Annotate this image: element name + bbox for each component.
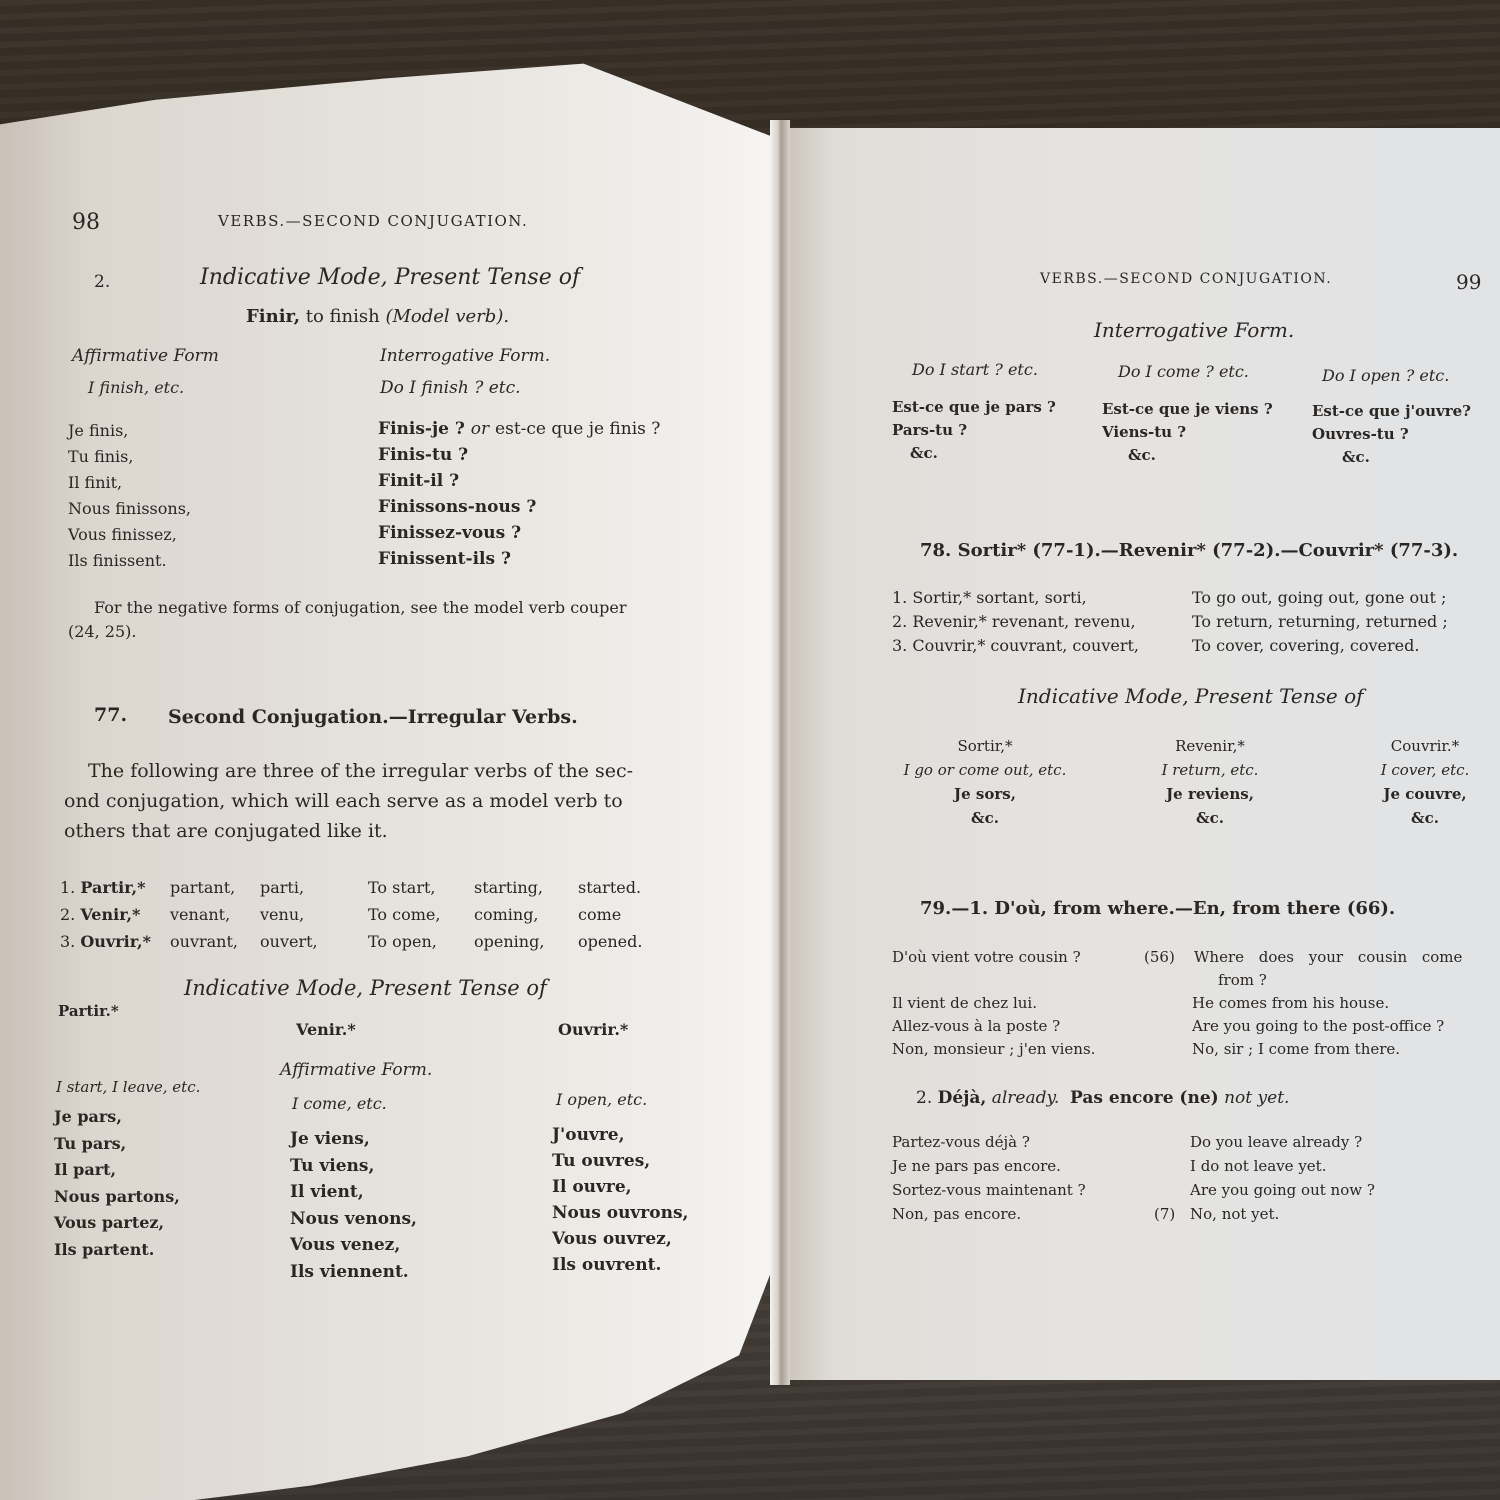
gloss-come: Do I come ? etc. bbox=[1118, 364, 1249, 380]
interrogative-venir: Est-ce que je viens ? Viens-tu ? &c. bbox=[1102, 398, 1273, 467]
gloss-ouvrir: I open, etc. bbox=[556, 1092, 647, 1108]
affirmative-gloss: I finish, etc. bbox=[88, 380, 184, 396]
partir-conjugation: Je pars, Tu pars, Il part, Nous partons,… bbox=[54, 1104, 180, 1263]
verb-gloss: to finish bbox=[306, 306, 380, 327]
interrogative-partir: Est-ce que je pars ? Pars-tu ? &c. bbox=[892, 396, 1056, 465]
interrogative-label: Interrogative Form. bbox=[1094, 320, 1294, 340]
negative-forms-note-ref: (24, 25). bbox=[68, 624, 136, 640]
section-79-examples: D'où vient votre cousin ?(56)Where does … bbox=[892, 946, 1462, 1061]
section-title-77: Second Conjugation.—Irregular Verbs. bbox=[168, 708, 578, 727]
subsection-number: 2. bbox=[94, 274, 110, 291]
tense-heading-78: Indicative Mode, Present Tense of bbox=[1018, 686, 1364, 706]
table-row-continuation: from ? bbox=[892, 969, 1462, 992]
sortir-column: Sortir,* I go or come out, etc. Je sors,… bbox=[890, 734, 1080, 830]
table-row: Sortez-vous maintenant ?Are you going ou… bbox=[892, 1178, 1375, 1202]
irregular-verbs-table: 1. Partir,* partant, parti, To start, st… bbox=[60, 874, 642, 955]
conjugation-line: Tu finis, bbox=[68, 444, 191, 470]
conjugation-line: Finissent-ils ? bbox=[378, 546, 660, 572]
tense-heading-77: Indicative Mode, Present Tense of bbox=[184, 978, 547, 999]
verb-finir: Finir, bbox=[246, 306, 300, 327]
gloss-partir: I start, I leave, etc. bbox=[56, 1080, 200, 1095]
conjugation-line: Finis-tu ? bbox=[378, 442, 660, 468]
affirmative-label-77: Affirmative Form. bbox=[280, 1062, 432, 1079]
table-row: 2. Venir,* venant, venu, To come, coming… bbox=[60, 901, 642, 928]
page-number: 98 bbox=[72, 212, 100, 234]
section-77-intro: The following are three of the irregular… bbox=[64, 756, 633, 846]
affirmative-label: Affirmative Form bbox=[72, 348, 219, 365]
gloss-venir: I come, etc. bbox=[292, 1096, 387, 1112]
conjugation-line: Finit-il ? bbox=[378, 468, 660, 494]
conjugation-line: Finis-je ? or est-ce que je finis ? bbox=[378, 416, 660, 442]
subsection-2-heading: 2. Déjà, already. Pas encore (ne) not ye… bbox=[916, 1090, 1289, 1107]
table-row: Allez-vous à la poste ?Are you going to … bbox=[892, 1015, 1462, 1038]
table-row: 1. Sortir,* sortant, sorti,To go out, go… bbox=[892, 586, 1448, 610]
table-row: Non, pas encore.(7)No, not yet. bbox=[892, 1202, 1375, 1226]
gloss-open: Do I open ? etc. bbox=[1322, 368, 1449, 384]
ouvrir-conjugation: J'ouvre, Tu ouvres, Il ouvre, Nous ouvro… bbox=[552, 1122, 688, 1278]
col-head-partir: Partir.* bbox=[58, 1004, 119, 1019]
col-head-ouvrir: Ouvrir.* bbox=[558, 1022, 628, 1038]
venir-conjugation: Je viens, Tu viens, Il vient, Nous venon… bbox=[290, 1126, 417, 1285]
section-number-77: 77. bbox=[94, 706, 127, 725]
col-head-venir: Venir.* bbox=[296, 1022, 356, 1038]
section-title-78: 78. Sortir* (77-1).—Revenir* (77-2).—Cou… bbox=[920, 542, 1458, 560]
model-verb-line: Finir, to finish (Model verb). bbox=[246, 308, 509, 326]
conjugation-line: Finissons-nous ? bbox=[378, 494, 660, 520]
running-head: VERBS.—SECOND CONJUGATION. bbox=[218, 214, 528, 229]
verb-note: (Model verb). bbox=[385, 306, 509, 327]
table-row: 1. Partir,* partant, parti, To start, st… bbox=[60, 874, 642, 901]
table-row: Je ne pars pas encore.I do not leave yet… bbox=[892, 1154, 1375, 1178]
tense-heading: Indicative Mode, Present Tense of bbox=[200, 267, 580, 289]
page-number: 99 bbox=[1456, 272, 1481, 292]
conjugation-line: Je finis, bbox=[68, 418, 191, 444]
conjugation-line: Il finit, bbox=[68, 470, 191, 496]
negative-forms-note: For the negative forms of conjugation, s… bbox=[94, 600, 626, 616]
section-title-79: 79.—1. D'où, from where.—En, from there … bbox=[920, 900, 1395, 918]
table-row: Il vient de chez lui.He comes from his h… bbox=[892, 992, 1462, 1015]
couvrir-column: Couvrir.* I cover, etc. Je couvre, &c. bbox=[1360, 734, 1490, 830]
table-row: D'où vient votre cousin ?(56)Where does … bbox=[892, 946, 1462, 969]
finir-affirmative-list: Je finis, Tu finis, Il finit, Nous finis… bbox=[68, 418, 191, 574]
subsection-2-examples: Partez-vous déjà ?Do you leave already ?… bbox=[892, 1130, 1375, 1226]
table-row: 3. Ouvrir,* ouvrant, ouvert, To open, op… bbox=[60, 928, 642, 955]
interrogative-label: Interrogative Form. bbox=[380, 348, 550, 365]
table-row: Non, monsieur ; j'en viens.No, sir ; I c… bbox=[892, 1038, 1462, 1061]
table-row: Partez-vous déjà ?Do you leave already ? bbox=[892, 1130, 1375, 1154]
conjugation-line: Vous finissez, bbox=[68, 522, 191, 548]
book-gutter bbox=[770, 120, 790, 1385]
table-row: 3. Couvrir,* couvrant, couvert,To cover,… bbox=[892, 634, 1448, 658]
finir-interrogative-list: Finis-je ? or est-ce que je finis ? Fini… bbox=[378, 416, 660, 572]
gloss-start: Do I start ? etc. bbox=[912, 362, 1038, 378]
interrogative-ouvrir: Est-ce que j'ouvre? Ouvres-tu ? &c. bbox=[1312, 400, 1471, 469]
interrogative-gloss: Do I finish ? etc. bbox=[380, 380, 521, 397]
conjugation-line: Finissez-vous ? bbox=[378, 520, 660, 546]
section-78-verbs: 1. Sortir,* sortant, sorti,To go out, go… bbox=[892, 586, 1448, 658]
running-head: VERBS.—SECOND CONJUGATION. bbox=[1040, 272, 1332, 286]
table-row: 2. Revenir,* revenant, revenu,To return,… bbox=[892, 610, 1448, 634]
conjugation-line: Nous finissons, bbox=[68, 496, 191, 522]
revenir-column: Revenir,* I return, etc. Je reviens, &c. bbox=[1120, 734, 1300, 830]
conjugation-line: Ils finissent. bbox=[68, 548, 191, 574]
